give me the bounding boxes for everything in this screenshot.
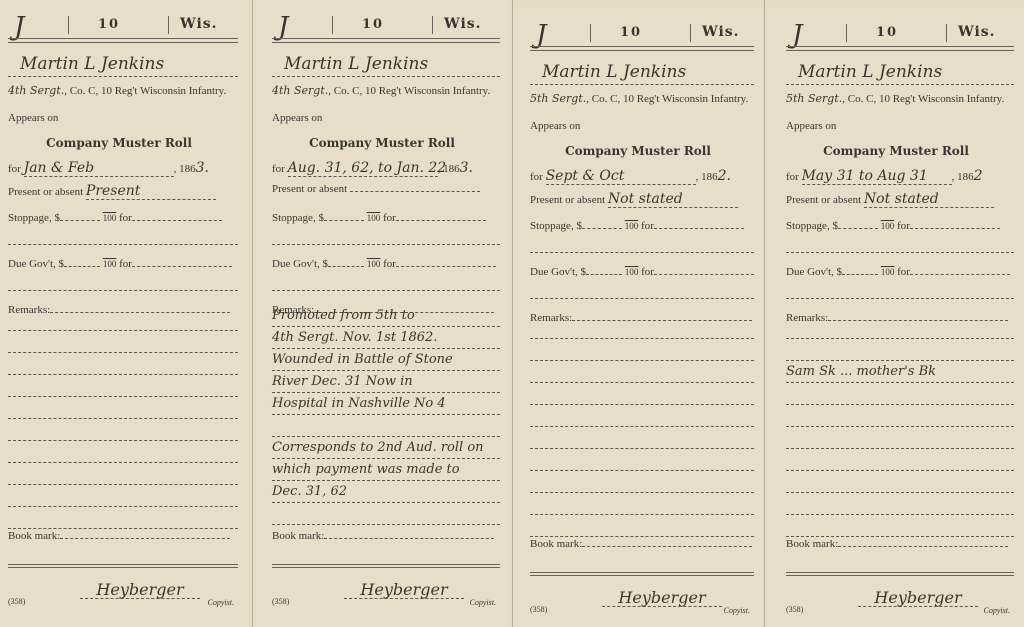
form-number: (358) xyxy=(8,597,25,606)
unit: , Co. C, 10 Reg't Wisconsin Infantry. xyxy=(328,85,490,97)
book-mark-line: Book mark: xyxy=(530,538,754,550)
roll-period-line: for Sept & Oct, 1862. xyxy=(530,168,754,184)
for-word: for xyxy=(897,266,910,278)
stoppage-line: Stoppage, $ 100 for xyxy=(530,220,754,232)
year-prefix: , 186 xyxy=(952,171,974,183)
card-edge xyxy=(252,0,253,627)
due-gov-line: Due Gov't, $ 100 for xyxy=(8,258,238,270)
dotted-line xyxy=(272,244,500,245)
remarks-line: Sam Sk ... mother's Bk xyxy=(786,364,1014,383)
rank-unit-line: 5th Sergt., Co. C, 10 Reg't Wisconsin In… xyxy=(530,92,754,105)
roll-title: Company Muster Roll xyxy=(0,136,248,150)
remarks-line xyxy=(8,444,238,463)
remarks-line xyxy=(530,320,754,339)
for-label: for xyxy=(272,163,285,175)
present-value: Present xyxy=(86,183,216,200)
card-edge xyxy=(512,0,513,627)
remarks-line: River Dec. 31 Now in xyxy=(272,374,500,393)
rank-unit-line: 4th Sergt., Co. C, 10 Reg't Wisconsin In… xyxy=(272,84,500,97)
cents: 100 xyxy=(625,267,639,277)
card-header: J 10 Wis. xyxy=(786,22,1014,50)
remarks-line xyxy=(786,496,1014,515)
present-value: Not stated xyxy=(864,191,994,208)
remarks-line xyxy=(530,496,754,515)
remarks-line: which payment was made to xyxy=(272,462,500,481)
soldier-name-line: Martin L Jenkins xyxy=(272,56,500,77)
present-label: Present or absent xyxy=(272,183,347,195)
remarks-line: Corresponds to 2nd Aud. roll on xyxy=(272,440,500,459)
stoppage-line: Stoppage, $ 100 for xyxy=(8,212,238,224)
dotted-line xyxy=(272,290,500,291)
for-word: for xyxy=(383,212,396,224)
state-abbrev: Wis. xyxy=(444,16,482,32)
soldier-name: Martin L Jenkins xyxy=(284,54,428,74)
cents: 100 xyxy=(103,213,117,223)
remarks-line xyxy=(272,418,500,437)
stoppage-line: Stoppage, $ 100 for xyxy=(786,220,1014,232)
remarks-line: Dec. 31, 62 xyxy=(272,484,500,503)
copyist-label: Copyist. xyxy=(724,606,750,615)
form-number: (358) xyxy=(530,605,547,614)
soldier-name: Martin L Jenkins xyxy=(542,62,686,82)
copyist-signature: Heyberger xyxy=(360,580,447,599)
state-abbrev: Wis. xyxy=(958,24,996,40)
double-rule xyxy=(530,572,754,576)
copyist-signature-line: Heyberger xyxy=(858,588,978,607)
remarks-line: 4th Sergt. Nov. 1st 1862. xyxy=(272,330,500,349)
cents: 100 xyxy=(881,267,895,277)
book-mark-label: Book mark: xyxy=(8,530,60,542)
appears-on-label: Appears on xyxy=(786,120,1014,132)
due-gov-line: Due Gov't, $ 100 for xyxy=(786,266,1014,278)
appears-on-label: Appears on xyxy=(272,112,500,124)
remarks-line xyxy=(786,518,1014,537)
remarks-line xyxy=(8,356,238,375)
book-mark-line: Book mark: xyxy=(786,538,1014,550)
header-rule xyxy=(530,46,754,51)
card-header: J 10 Wis. xyxy=(272,14,500,42)
soldier-name-line: Martin L Jenkins xyxy=(530,64,754,85)
rank: 5th Sergt. xyxy=(786,92,842,105)
stoppage-label: Stoppage, $ xyxy=(272,212,324,224)
header-rule xyxy=(8,38,238,43)
copyist-signature: Heyberger xyxy=(618,588,705,607)
rank: 4th Sergt. xyxy=(8,84,64,97)
remarks-line xyxy=(8,378,238,397)
book-mark-line: Book mark: xyxy=(272,530,500,542)
for-label: for xyxy=(530,171,543,183)
copyist-signature: Heyberger xyxy=(874,588,961,607)
present-label: Present or absent xyxy=(8,186,83,198)
unit: , Co. C, 10 Reg't Wisconsin Infantry. xyxy=(64,85,226,97)
form-number: (358) xyxy=(272,597,289,606)
copyist-signature-line: Heyberger xyxy=(602,588,722,607)
for-word: for xyxy=(897,220,910,232)
header-rule xyxy=(786,46,1014,51)
present-absent-line: Present or absent Present xyxy=(8,183,238,199)
present-label: Present or absent xyxy=(530,194,605,206)
soldier-name-line: Martin L Jenkins xyxy=(8,56,238,77)
card-header: J 10 Wis. xyxy=(530,22,754,50)
stoppage-line: Stoppage, $ 100 for xyxy=(272,212,500,224)
cents: 100 xyxy=(881,221,895,231)
remarks-line xyxy=(530,430,754,449)
copyist-signature-line: Heyberger xyxy=(344,580,464,599)
regiment-number: 10 xyxy=(98,17,120,32)
header-divider xyxy=(846,24,847,42)
state-abbrev: Wis. xyxy=(702,24,740,40)
roll-period: Aug. 31, 62, to Jan. 22 xyxy=(288,160,438,177)
regiment-number: 10 xyxy=(620,25,642,40)
remarks-line xyxy=(530,364,754,383)
double-rule xyxy=(8,564,238,568)
remarks-line xyxy=(8,488,238,507)
book-mark-label: Book mark: xyxy=(530,538,582,550)
year-prefix: , 186 xyxy=(696,171,718,183)
header-divider xyxy=(946,24,947,42)
unit: , Co. C, 10 Reg't Wisconsin Infantry. xyxy=(842,93,1004,105)
remarks-line xyxy=(8,466,238,485)
soldier-name: Martin L Jenkins xyxy=(20,54,164,74)
due-label: Due Gov't, $ xyxy=(786,266,842,278)
year-suffix: 2. xyxy=(718,168,731,184)
remarks-line xyxy=(272,506,500,525)
year-suffix: 3. xyxy=(196,160,209,176)
due-gov-line: Due Gov't, $ 100 for xyxy=(272,258,500,270)
year-suffix: 3. xyxy=(460,160,473,176)
header-divider xyxy=(432,16,433,34)
for-word: for xyxy=(119,258,132,270)
remarks-line xyxy=(530,452,754,471)
remarks-line xyxy=(786,408,1014,427)
remarks-line xyxy=(530,518,754,537)
roll-period: May 31 to Aug 31 xyxy=(802,168,952,185)
dotted-line xyxy=(8,290,238,291)
remarks-line xyxy=(530,474,754,493)
for-word: for xyxy=(641,220,654,232)
for-word: for xyxy=(119,212,132,224)
book-mark-label: Book mark: xyxy=(786,538,838,550)
rank-unit-line: 5th Sergt., Co. C, 10 Reg't Wisconsin In… xyxy=(786,92,1014,105)
copyist-signature: Heyberger xyxy=(96,580,183,599)
rank: 5th Sergt. xyxy=(530,92,586,105)
header-divider xyxy=(332,16,333,34)
regiment-number: 10 xyxy=(362,17,384,32)
cents: 100 xyxy=(367,259,381,269)
double-rule xyxy=(786,572,1014,576)
remarks-line xyxy=(8,334,238,353)
roll-title: Company Muster Roll xyxy=(254,136,510,150)
roll-period: Sept & Oct xyxy=(546,168,696,185)
card-header: J 10 Wis. xyxy=(8,14,238,42)
remarks-line: Wounded in Battle of Stone xyxy=(272,352,500,371)
rank: 4th Sergt. xyxy=(272,84,328,97)
dotted-line xyxy=(530,298,754,299)
cents: 100 xyxy=(367,213,381,223)
remarks-line: Hospital in Nashville No 4 xyxy=(272,396,500,415)
due-label: Due Gov't, $ xyxy=(530,266,586,278)
remarks-line xyxy=(786,474,1014,493)
roll-period-line: for May 31 to Aug 31, 1862 xyxy=(786,168,1014,184)
year-prefix: , 186 xyxy=(438,163,460,175)
unit: , Co. C, 10 Reg't Wisconsin Infantry. xyxy=(586,93,748,105)
remarks-line xyxy=(786,386,1014,405)
remarks-line xyxy=(530,408,754,427)
remarks-line xyxy=(8,422,238,441)
remarks-line xyxy=(530,342,754,361)
remarks-line xyxy=(8,312,238,331)
present-value: Not stated xyxy=(608,191,738,208)
year-suffix: 2 xyxy=(974,168,983,184)
present-label: Present or absent xyxy=(786,194,861,206)
for-word: for xyxy=(641,266,654,278)
card-edge xyxy=(764,0,765,627)
stoppage-label: Stoppage, $ xyxy=(8,212,60,224)
for-label: for xyxy=(8,163,21,175)
regiment-number: 10 xyxy=(876,25,898,40)
present-absent-line: Present or absent xyxy=(272,183,500,199)
due-label: Due Gov't, $ xyxy=(272,258,328,270)
remarks-line xyxy=(786,320,1014,339)
due-label: Due Gov't, $ xyxy=(8,258,64,270)
remarks-line xyxy=(8,510,238,529)
remarks-line xyxy=(786,430,1014,449)
muster-card-1: J 10 Wis. Martin L Jenkins 4th Sergt., C… xyxy=(0,0,248,627)
header-divider xyxy=(68,16,69,34)
remarks-line xyxy=(786,452,1014,471)
header-divider xyxy=(690,24,691,42)
soldier-name: Martin L Jenkins xyxy=(798,62,942,82)
form-number: (358) xyxy=(786,605,803,614)
due-gov-line: Due Gov't, $ 100 for xyxy=(530,266,754,278)
roll-title: Company Muster Roll xyxy=(512,144,764,158)
dotted-line xyxy=(530,252,754,253)
book-mark-line: Book mark: xyxy=(8,530,238,542)
book-mark-label: Book mark: xyxy=(272,530,324,542)
remarks-line xyxy=(8,400,238,419)
year-prefix: , 186 xyxy=(174,163,196,175)
soldier-name-line: Martin L Jenkins xyxy=(786,64,1014,85)
muster-card-2: J 10 Wis. Martin L Jenkins 4th Sergt., C… xyxy=(254,0,510,627)
copyist-signature-line: Heyberger xyxy=(80,580,200,599)
copyist-label: Copyist. xyxy=(470,598,496,607)
stoppage-label: Stoppage, $ xyxy=(530,220,582,232)
remarks-line xyxy=(530,386,754,405)
roll-title: Company Muster Roll xyxy=(768,144,1024,158)
cents: 100 xyxy=(103,259,117,269)
remarks-line xyxy=(786,342,1014,361)
present-absent-line: Present or absent Not stated xyxy=(530,191,754,207)
copyist-label: Copyist. xyxy=(208,598,234,607)
present-value xyxy=(350,191,480,192)
roll-period: Jan & Feb xyxy=(24,160,174,177)
header-divider xyxy=(590,24,591,42)
state-abbrev: Wis. xyxy=(180,16,218,32)
dotted-line xyxy=(786,298,1014,299)
cents: 100 xyxy=(625,221,639,231)
muster-card-3: J 10 Wis. Martin L Jenkins 5th Sergt., C… xyxy=(512,8,764,627)
muster-card-4: J 10 Wis. Martin L Jenkins 5th Sergt., C… xyxy=(768,8,1024,627)
appears-on-label: Appears on xyxy=(530,120,754,132)
appears-on-label: Appears on xyxy=(8,112,238,124)
copyist-label: Copyist. xyxy=(984,606,1010,615)
roll-period-line: for Jan & Feb, 1863. xyxy=(8,160,238,176)
rank-unit-line: 4th Sergt., Co. C, 10 Reg't Wisconsin In… xyxy=(8,84,238,97)
remarks-line: Promoted from 5th to xyxy=(272,308,500,327)
for-word: for xyxy=(383,258,396,270)
dotted-line xyxy=(786,252,1014,253)
for-label: for xyxy=(786,171,799,183)
double-rule xyxy=(272,564,500,568)
header-divider xyxy=(168,16,169,34)
present-absent-line: Present or absent Not stated xyxy=(786,191,1014,207)
dotted-line xyxy=(8,244,238,245)
header-rule xyxy=(272,38,500,43)
stoppage-label: Stoppage, $ xyxy=(786,220,838,232)
roll-period-line: for Aug. 31, 62, to Jan. 22, 1863. xyxy=(272,160,500,176)
